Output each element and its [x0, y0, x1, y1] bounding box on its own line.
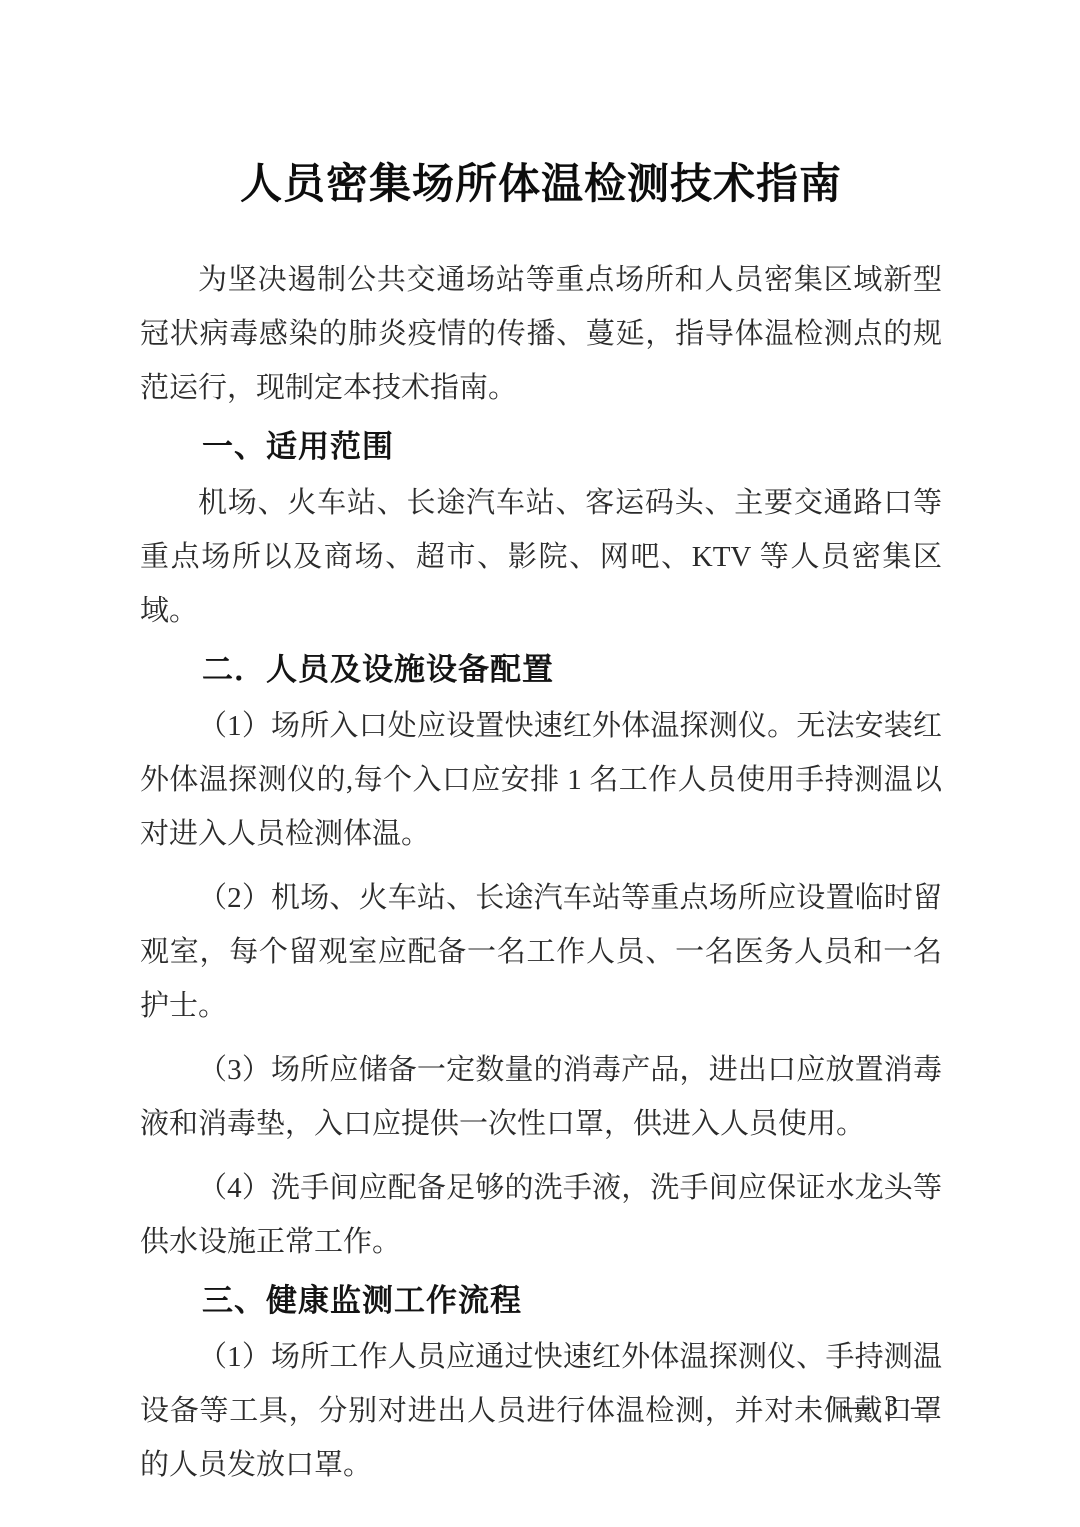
- paragraph-monitoring-item-1: （1）场所工作人员应通过快速红外体温探测仪、手持测温设备等工具，分别对进出人员进…: [140, 1330, 942, 1492]
- document-page: 人员密集场所体温检测技术指南 为坚决遏制公共交通场站等重点场所和人员密集区域新型…: [0, 0, 1080, 1527]
- paragraph-equipment-item-2: （2）机场、火车站、长途汽车站等重点场所应设置临时留观室，每个留观室应配备一名工…: [140, 871, 942, 1033]
- page-number: — 3 —: [843, 1390, 942, 1424]
- section-heading-monitoring: 三、健康监测工作流程: [140, 1274, 942, 1328]
- paragraph-intro: 为坚决遏制公共交通场站等重点场所和人员密集区域新型冠状病毒感染的肺炎疫情的传播、…: [140, 253, 942, 415]
- section-heading-equipment: 二．人员及设施设备配置: [140, 643, 942, 697]
- paragraph-scope: 机场、火车站、长途汽车站、客运码头、主要交通路口等重点场所以及商场、超市、影院、…: [140, 476, 942, 638]
- section-heading-scope: 一、适用范围: [140, 420, 942, 474]
- paragraph-equipment-item-1: （1）场所入口处应设置快速红外体温探测仪。无法安装红外体温探测仪的,每个入口应安…: [140, 699, 942, 861]
- paragraph-equipment-item-4: （4）洗手间应配备足够的洗手液，洗手间应保证水龙头等供水设施正常工作。: [140, 1161, 942, 1269]
- document-title: 人员密集场所体温检测技术指南: [140, 158, 942, 210]
- paragraph-equipment-item-3: （3）场所应储备一定数量的消毒产品，进出口应放置消毒液和消毒垫，入口应提供一次性…: [140, 1043, 942, 1151]
